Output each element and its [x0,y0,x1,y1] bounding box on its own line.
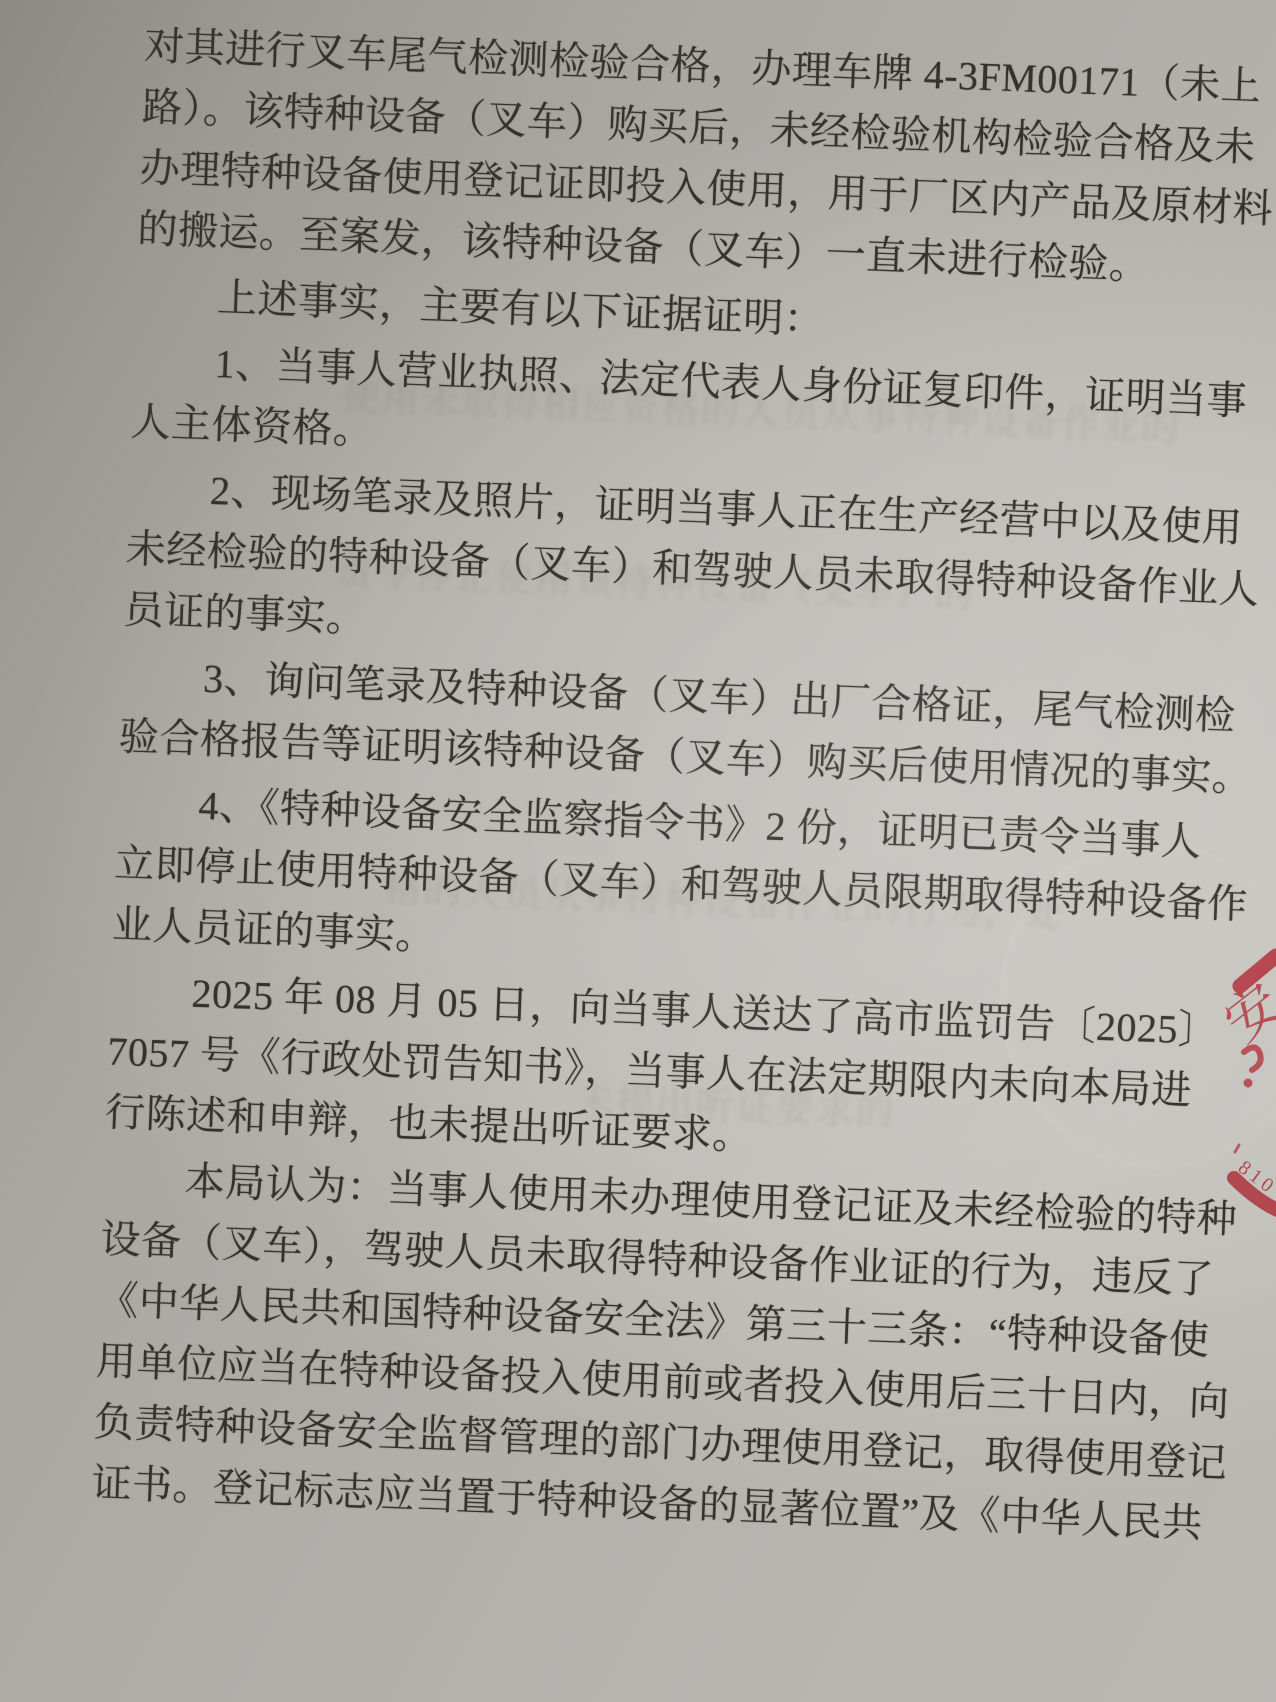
document-text: 对其进行叉车尾气检测检验合格，办理车牌 4-3FM00171（未上路）。该特种设… [90,15,1196,1557]
stamp-dot [1244,1079,1253,1088]
stamp-stroke [1240,956,1276,986]
document-photo: 对其进行叉车尾气检测检验合格，办理车牌 4-3FM00171（未上路）。该特种设… [0,0,1276,1702]
stamp-digit-tick [1235,1145,1239,1152]
stamp-digits: 810 [1234,1156,1276,1199]
stamp-hook [1244,1047,1261,1070]
stamp-character-fragment: 安 [1213,973,1276,1054]
stamp-rim-arc [1234,1178,1276,1212]
